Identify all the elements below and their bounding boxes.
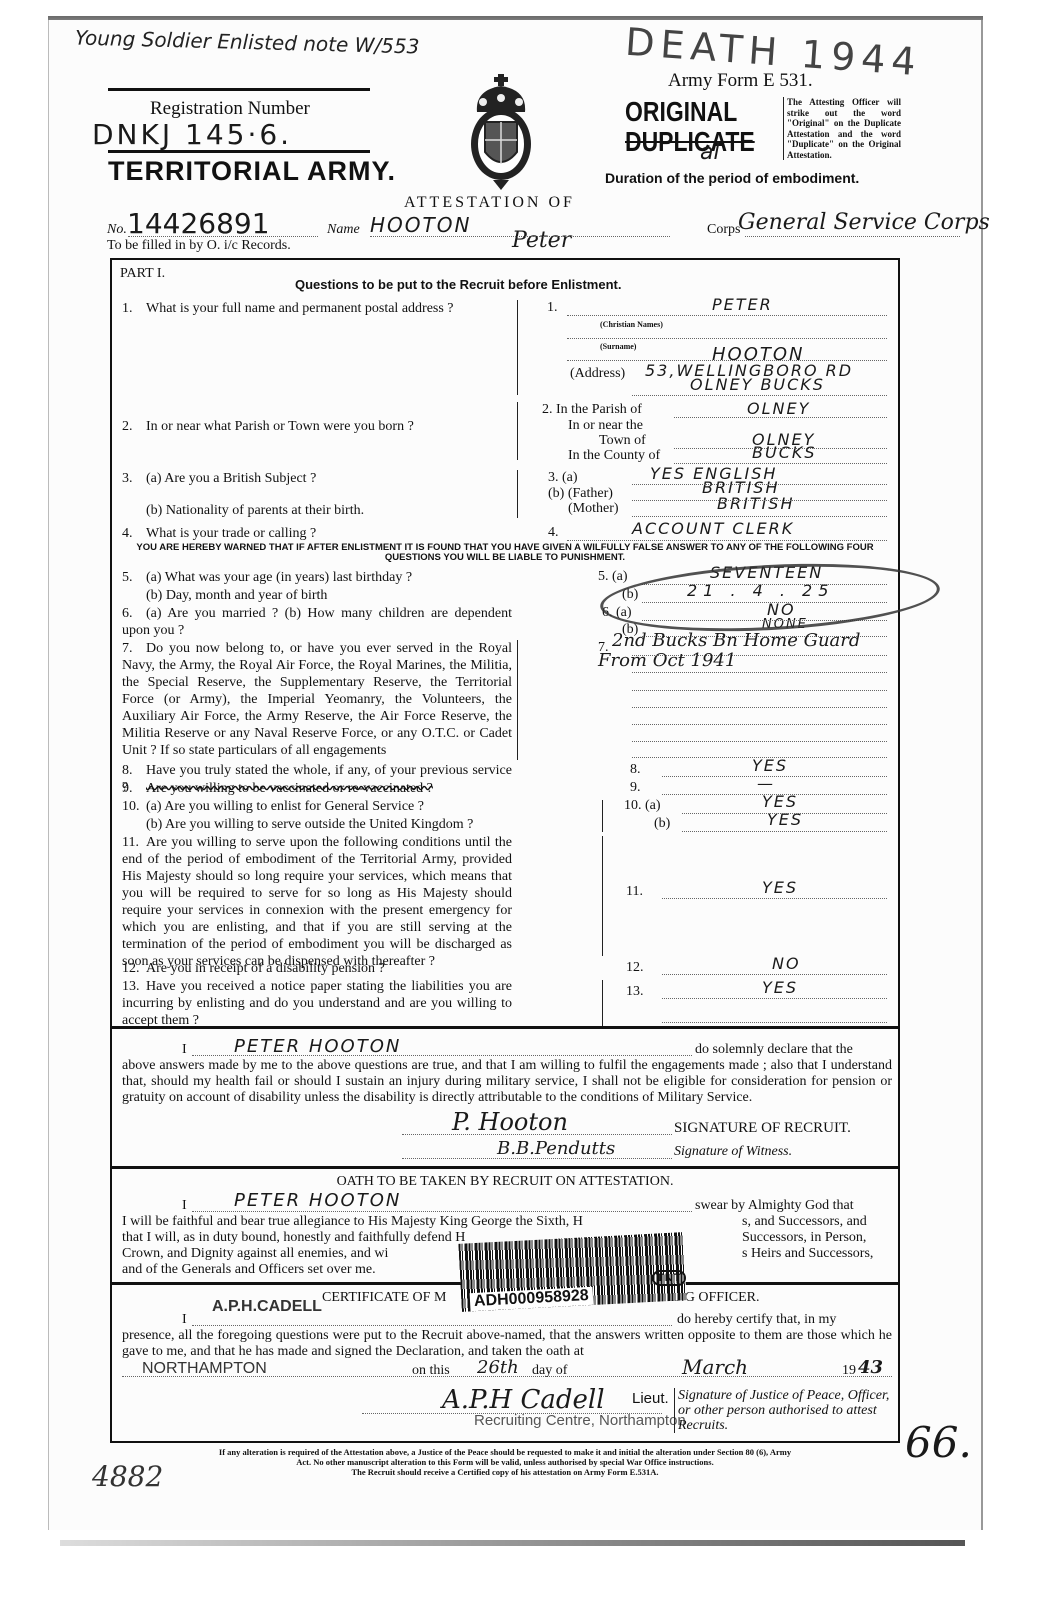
witness-signature-line: [402, 1158, 672, 1159]
answer-line: [682, 831, 887, 832]
day-of-label: day of: [532, 1363, 567, 1379]
answer-line: [632, 516, 887, 517]
corps-line: [745, 236, 960, 237]
recruit-signature: P. Hooton: [452, 1108, 568, 1136]
brace: [512, 402, 518, 460]
question-1: 1.What is your full name and permanent p…: [122, 300, 512, 317]
oath-text-1: swear by Almighty God that: [695, 1198, 854, 1214]
army-number-label: No.: [107, 222, 127, 238]
father-label: (b) (Father): [548, 486, 613, 502]
corps-value: General Service Corps: [738, 210, 990, 235]
corps-label: Corps: [707, 222, 740, 238]
town-label-1: In or near the: [568, 418, 643, 434]
witness-signature: B.B.Pendutts: [497, 1138, 615, 1159]
answer-line: [662, 998, 887, 999]
recruit-signature-label: SIGNATURE OF RECRUIT.: [674, 1120, 851, 1137]
answer-9: —: [757, 774, 775, 793]
footer-line-1: If any alteration is required of the Att…: [110, 1447, 900, 1457]
duration-label: Duration of the period of embodiment.: [605, 170, 859, 186]
question-5a: 5.(a) What was your age (in years) last …: [122, 569, 512, 586]
answer-3b-mother: BRITISH: [717, 494, 795, 513]
question-4: 4.What is your trade or calling ?: [122, 525, 512, 542]
answer-line: [674, 417, 887, 418]
answer-line: [632, 500, 887, 501]
header-rule-bottom: [108, 150, 370, 153]
registration-value: DNKJ 145·6.: [92, 118, 292, 151]
oath-text-2-right: s, and Successors, and: [742, 1214, 867, 1230]
certificate-officer-name: A.P.H.CADELL: [212, 1298, 322, 1316]
answer-line: [632, 395, 887, 396]
name-line: [370, 236, 670, 237]
footer-line-2: Act. No other manuscript alteration to t…: [110, 1457, 900, 1467]
question-5b: (b) Day, month and year of birth: [122, 587, 512, 604]
answer-line: [662, 974, 887, 975]
question-10b: (b) Are you willing to serve outside the…: [122, 816, 512, 833]
form-number: Army Form E 531.: [668, 70, 813, 92]
answer-7-line2: From Oct 1941: [598, 650, 736, 671]
attesting-officer-signature-label: Signature of Justice of Peace, Officer, …: [674, 1388, 894, 1433]
oath-text-2-left: I will be faithful and bear true allegia…: [122, 1214, 583, 1230]
question-7: 7.Do you now belong to, or have you ever…: [122, 640, 512, 759]
oath-text-4-right: s Heirs and Successors,: [742, 1246, 873, 1262]
question-9-struck: 9.Are you willing to be vaccinated or re…: [122, 780, 512, 797]
declaration-prefix: I: [182, 1042, 187, 1058]
file-number-annotation: 4882: [92, 1460, 163, 1493]
false-answer-warning: YOU ARE HEREBY WARNED THAT IF AFTER ENLI…: [112, 543, 898, 563]
registration-label: Registration Number: [150, 98, 310, 120]
witness-signature-label: Signature of Witness.: [674, 1144, 792, 1160]
certificate-year: 43: [858, 1357, 883, 1378]
declaration-text-1: do solemnly declare that the: [695, 1042, 853, 1058]
answer-line: [662, 1022, 887, 1023]
oath-text-3-right: Successors, in Person,: [742, 1230, 866, 1246]
declaration-text: above answers made by me to the above qu…: [122, 1058, 892, 1106]
page-number-annotation: 66.: [905, 1418, 972, 1467]
answer-10a: YES: [762, 792, 798, 811]
question-3a: 3.(a) Are you a British Subject ?: [122, 470, 512, 487]
answer-11-number: 11.: [626, 884, 643, 900]
answer-7-line1: 2nd Bucks Bn Home Guard: [612, 630, 860, 651]
oath-prefix: I: [182, 1198, 187, 1214]
certificate-prefix: I: [182, 1312, 187, 1328]
certificate-text: presence, all the foregoing questions we…: [122, 1328, 892, 1360]
brace: [512, 470, 518, 518]
army-number-line: [128, 236, 318, 237]
answer-2-county: BUCKS: [752, 443, 817, 462]
oath-text-4-left: Crown, and Dignity against all enemies, …: [122, 1246, 388, 1262]
question-6: 6.(a) Are you married ? (b) How many chi…: [122, 605, 512, 639]
brace: [597, 800, 603, 832]
footer-line-3: The Recruit should receive a Certified c…: [110, 1467, 900, 1477]
certificate-day: 26th: [477, 1357, 519, 1378]
officer-signature: A.P.H Cadell: [442, 1385, 605, 1415]
oath-name-line: [192, 1211, 692, 1212]
officer-rank: Lieut.: [632, 1390, 669, 1407]
oath-heading: OATH TO BE TAKEN BY RECRUIT ON ATTESTATI…: [112, 1174, 898, 1190]
year-prefix: 19: [842, 1363, 856, 1379]
answer-13: YES: [762, 978, 798, 997]
question-13: 13.Have you received a notice paper stat…: [122, 978, 512, 1029]
answer-line: [662, 898, 887, 899]
declaration-name: PETER HOOTON: [234, 1036, 401, 1057]
answer-10b-label: (b): [654, 816, 670, 832]
answer-8-number: 8.: [630, 762, 641, 778]
answer-4: ACCOUNT CLERK: [632, 519, 794, 538]
brace: [512, 300, 518, 395]
recruiting-centre-stamp: Recruiting Centre, Northampton: [474, 1412, 686, 1429]
answer-line: [567, 540, 887, 541]
answer-9-number: 9.: [630, 780, 641, 796]
strike-out-instruction: The Attesting Officer will strike out th…: [783, 97, 901, 160]
part-label: PART I.: [120, 266, 165, 282]
answer-line: [682, 813, 887, 814]
question-2: 2.In or near what Parish or Town were yo…: [122, 418, 512, 435]
surname-label: (Surname): [600, 342, 636, 351]
records-note: To be filled in by O. i/c Records.: [107, 238, 291, 254]
question-11: 11.Are you willing to serve upon the fol…: [122, 834, 512, 970]
answer-1-address-line2: OLNEY BUCKS: [690, 375, 825, 394]
name-label: Name: [327, 222, 360, 238]
oath-name: PETER HOOTON: [234, 1190, 401, 1211]
answer-5a-label: 5. (a): [598, 569, 628, 585]
surname-value: HOOTON: [370, 213, 471, 237]
answer-12: NO: [772, 954, 801, 973]
questions-heading: Questions to be put to the Recruit befor…: [295, 277, 621, 292]
answer-1-christian-name: PETER: [712, 295, 773, 314]
answer-line: [632, 655, 887, 656]
original-label: ORIGINAL: [625, 96, 737, 128]
officer-signature-line: [362, 1413, 662, 1414]
on-this-label: on this: [412, 1363, 450, 1379]
answer-line: [632, 724, 887, 725]
answer-line: [632, 741, 887, 742]
given-name-value: Peter: [512, 228, 571, 253]
answer-2-parish: OLNEY: [747, 399, 810, 418]
brace: [597, 836, 603, 956]
address-label: (Address): [570, 366, 625, 382]
attestation-of-heading: ATTESTATION OF: [404, 194, 575, 212]
question-10a: 10.(a) Are you willing to enlist for Gen…: [122, 798, 512, 815]
duplicate-label-struck: DUPLICATE: [625, 126, 755, 158]
answer-line: [674, 448, 887, 449]
mother-label: (Mother): [568, 501, 619, 517]
town-label-2: Town of: [599, 433, 646, 449]
answer-12-number: 12.: [626, 960, 644, 976]
answer-line: [567, 338, 887, 339]
brace: [512, 640, 518, 760]
royal-crest-icon: [463, 72, 539, 192]
answer-line: [632, 484, 887, 485]
answer-10a-label: 10. (a): [624, 798, 661, 814]
certificate-heading-left: CERTIFICATE OF M: [322, 1290, 446, 1306]
question-12: 12.Are you in receipt of a disability pe…: [122, 960, 512, 977]
christian-names-label: (Christian Names): [600, 320, 663, 329]
answer-line: [632, 690, 887, 691]
certificate-name-line: [192, 1325, 672, 1326]
county-label: In the County of: [568, 448, 660, 464]
oath-text-5: and of the Generals and Officers set ove…: [122, 1262, 376, 1278]
answer-11: YES: [762, 878, 798, 897]
form-footer: If any alteration is required of the Att…: [110, 1447, 900, 1477]
duplicate-handwritten-initials: al: [700, 140, 720, 165]
tnt-logo-icon: TNT: [652, 1270, 686, 1286]
hand-drawn-oval: [599, 556, 942, 639]
answer-line: [567, 315, 887, 316]
territorial-army-title: TERRITORIAL ARMY.: [108, 156, 396, 187]
answer-line: [632, 672, 887, 673]
brace: [597, 980, 603, 1026]
certificate-text-1: do hereby certify that, in my: [677, 1312, 836, 1328]
answer-1-number: 1.: [547, 300, 558, 316]
answer-3a-label: 3. (a): [548, 470, 578, 486]
parish-label: 2. In the Parish of: [542, 402, 642, 418]
answer-8: YES: [752, 756, 788, 775]
section-divider: [112, 1026, 898, 1029]
section-divider: [112, 1166, 898, 1169]
answer-13-number: 13.: [626, 984, 644, 1000]
recruit-signature-line: [402, 1134, 672, 1135]
declaration-name-line: [192, 1055, 692, 1056]
certificate-month: March: [682, 1355, 748, 1379]
oath-text-3-left: that I will, as in duty bound, honestly …: [122, 1230, 465, 1246]
header-rule-top: [108, 88, 370, 91]
paper-bottom-shadow: [60, 1540, 965, 1546]
answer-line: [632, 707, 887, 708]
answer-4-number: 4.: [548, 525, 559, 541]
question-3b: (b) Nationality of parents at their birt…: [122, 502, 512, 519]
